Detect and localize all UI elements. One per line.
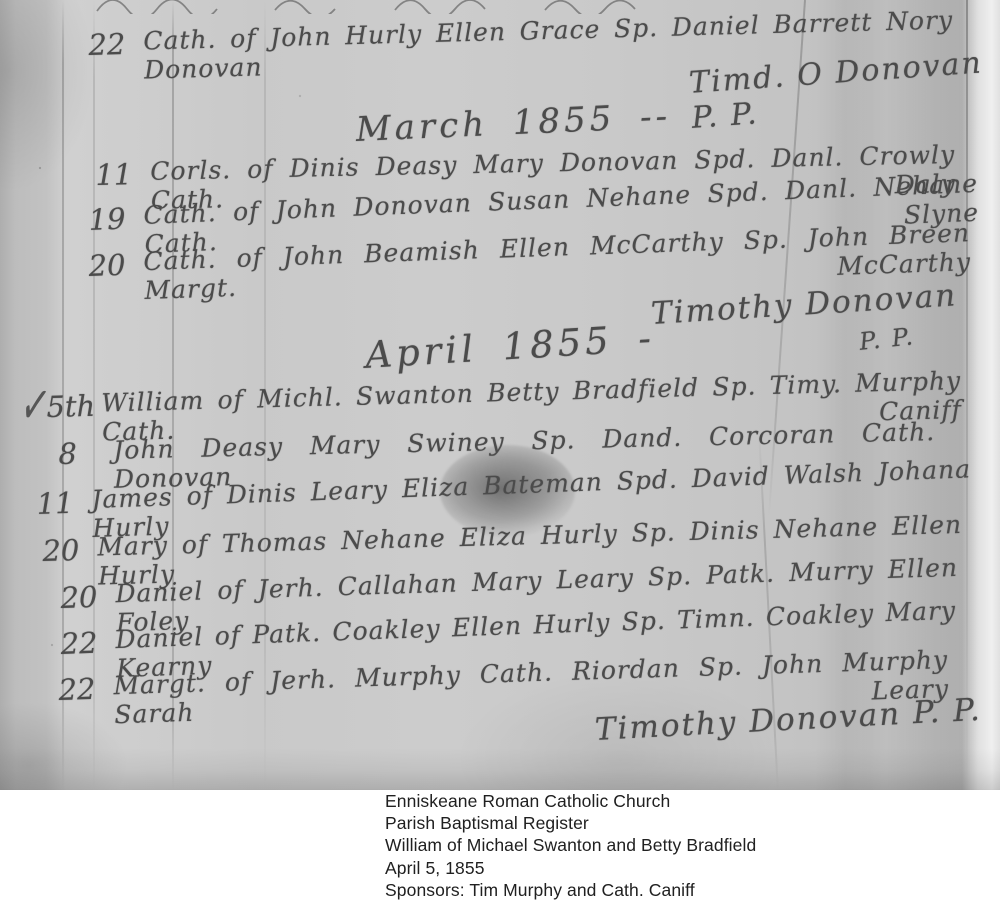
caption-line-sponsors: Sponsors: Tim Murphy and Cath. Caniff: [385, 879, 756, 900]
caption-text: Enniskeane Roman Catholic Church Parish …: [385, 790, 756, 900]
entry-day: 20: [88, 247, 145, 307]
register-photo: 22 Cath. of John Hurly Ellen Grace Sp. D…: [0, 0, 1000, 790]
cutoff-entry-fragment: [95, 0, 655, 14]
entry-day: 22: [58, 671, 115, 731]
caption-line-subject: William of Michael Swanton and Betty Bra…: [385, 834, 756, 856]
caption-block: Enniskeane Roman Catholic Church Parish …: [0, 790, 1000, 900]
caption-line-date: April 5, 1855: [385, 857, 756, 879]
priest-signature-suffix: P. P.: [858, 322, 916, 356]
page-edge-line: [966, 0, 968, 790]
caption-line-register: Parish Baptismal Register: [385, 812, 756, 834]
entry-day: 22: [88, 27, 144, 86]
caption-line-church: Enniskeane Roman Catholic Church: [385, 790, 756, 812]
month-heading-march: March 1855 --: [355, 96, 672, 150]
scanned-register-page: 22 Cath. of John Hurly Ellen Grace Sp. D…: [0, 0, 1000, 900]
month-heading-april: April 1855 -: [364, 316, 656, 377]
